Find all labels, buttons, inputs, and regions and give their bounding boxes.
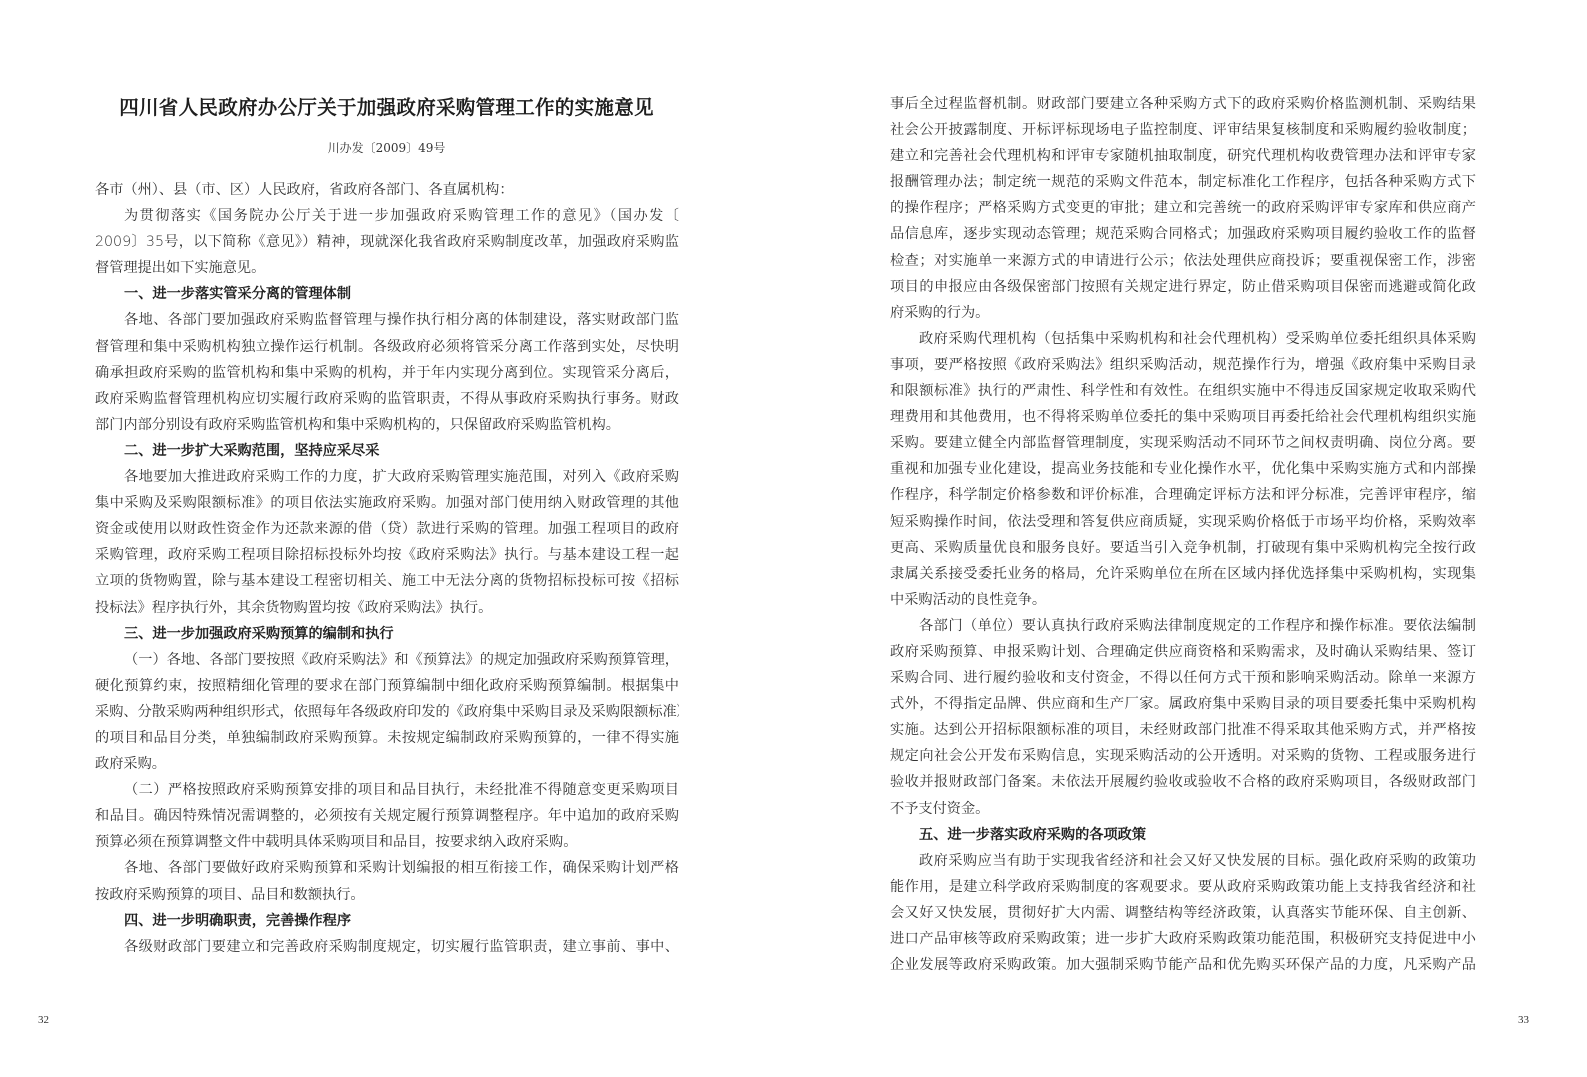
text-line: 企业发展等政府采购政策。加大强制采购节能产品和优先购买环保产品的力度，凡采购产品 bbox=[890, 952, 1476, 978]
text-line: 品信息库，逐步实现动态管理；规范采购合同格式；加强政府采购项目履约验收工作的监督 bbox=[890, 221, 1476, 247]
right-page: 事后全过程监督机制。财政部门要建立各种采购方式下的政府采购价格监测机制、采购结果… bbox=[793, 0, 1587, 1077]
text-line: 和限额标准》执行的严肃性、科学性和有效性。在组织实施中不得违反国家规定收取采购代 bbox=[890, 378, 1476, 404]
section-heading: 四、进一步明确职责，完善操作程序 bbox=[95, 908, 679, 934]
text-line: 各级财政部门要建立和完善政府采购制度规定，切实履行监管职责，建立事前、事中、 bbox=[95, 934, 679, 960]
text-line: 建立和完善社会代理机构和评审专家随机抽取制度，研究代理机构收费管理办法和评审专家 bbox=[890, 143, 1476, 169]
text-line: 2009〕35号，以下简称《意见》）精神，现就深化我省政府采购制度改革，加强政府… bbox=[95, 229, 679, 255]
text-line: 督管理和集中采购机构独立操作运行机制。各级政府必须将管采分离工作落到实处，尽快明 bbox=[95, 334, 679, 360]
text-line: （一）各地、各部门要按照《政府采购法》和《预算法》的规定加强政府采购预算管理， bbox=[95, 647, 679, 673]
text-line: 作程序，科学制定价格参数和评价标准，合理确定评标方法和评分标准，完善评审程序，缩 bbox=[890, 482, 1476, 508]
document-number: 川办发〔2009〕49号 bbox=[95, 139, 678, 156]
text-line: 督管理提出如下实施意见。 bbox=[95, 255, 679, 281]
text-line: 事后全过程监督机制。财政部门要建立各种采购方式下的政府采购价格监测机制、采购结果 bbox=[890, 91, 1476, 117]
text-line: 验收并报财政部门备案。未依法开展履约验收或验收不合格的政府采购项目，各级财政部门 bbox=[890, 769, 1476, 795]
text-line: 政府采购监督管理机构应切实履行政府采购的监管职责，不得从事政府采购执行事务。财政 bbox=[95, 386, 679, 412]
text-line: 更高、采购质量优良和服务良好。要适当引入竞争机制，打破现有集中采购机构完全按行政 bbox=[890, 535, 1476, 561]
text-line: 政府采购。 bbox=[95, 751, 679, 777]
text-line: 中采购活动的良性竞争。 bbox=[890, 587, 1476, 613]
text-line: 进口产品审核等政府采购政策；进一步扩大政府采购政策功能范围，积极研究支持促进中小 bbox=[890, 926, 1476, 952]
text-line: 采购、分散采购两种组织形式，依照每年各级政府印发的《政府集中采购目录及采购限额标… bbox=[95, 699, 679, 725]
section-heading: 三、进一步加强政府采购预算的编制和执行 bbox=[95, 621, 679, 647]
text-line: 隶属关系接受委托业务的格局，允许采购单位在所在区域内择优选择集中采购机构，实现集 bbox=[890, 561, 1476, 587]
text-line: 资金或使用以财政性资金作为还款来源的借（贷）款进行采购的管理。加强工程项目的政府 bbox=[95, 516, 679, 542]
left-page: 四川省人民政府办公厅关于加强政府采购管理工作的实施意见 川办发〔2009〕49号… bbox=[0, 0, 793, 1077]
section-heading: 二、进一步扩大采购范围，坚持应采尽采 bbox=[95, 438, 679, 464]
text-line: 理费用和其他费用，也不得将采购单位委托的集中采购项目再委托给社会代理机构组织实施 bbox=[890, 404, 1476, 430]
text-line: 和品目。确因特殊情况需调整的，必须按有关规定履行预算调整程序。年中追加的政府采购 bbox=[95, 803, 679, 829]
text-line: 立项的货物购置，除与基本建设工程密切相关、施工中无法分离的货物招标投标可按《招标 bbox=[95, 568, 679, 594]
text-line: 事项，要严格按照《政府采购法》组织采购活动，规范操作行为，增强《政府集中采购目录 bbox=[890, 352, 1476, 378]
text-line: 政府采购应当有助于实现我省经济和社会又好又快发展的目标。强化政府采购的政策功 bbox=[890, 848, 1476, 874]
section-heading: 五、进一步落实政府采购的各项政策 bbox=[890, 822, 1476, 848]
text-line: 重视和加强专业化建设，提高业务技能和专业化操作水平，优化集中采购实施方式和内部操 bbox=[890, 456, 1476, 482]
text-line: 各部门（单位）要认真执行政府采购法律制度规定的工作程序和操作标准。要依法编制 bbox=[890, 613, 1476, 639]
text-line: 式外，不得指定品牌、供应商和生产厂家。属政府集中采购目录的项目要委托集中采购机构 bbox=[890, 691, 1476, 717]
text-line: 各地要加大推进政府采购工作的力度，扩大政府采购管理实施范围，对列入《政府采购 bbox=[95, 464, 679, 490]
text-line: 不予支付资金。 bbox=[890, 796, 1476, 822]
text-line: 集中采购及采购限额标准》的项目依法实施政府采购。加强对部门使用纳入财政管理的其他 bbox=[95, 490, 679, 516]
text-line: 预算必须在预算调整文件中载明具体采购项目和品目，按要求纳入政府采购。 bbox=[95, 829, 679, 855]
document-title: 四川省人民政府办公厅关于加强政府采购管理工作的实施意见 bbox=[95, 92, 678, 120]
text-line: 各市（州）、县（市、区）人民政府，省政府各部门、各直属机构： bbox=[95, 177, 679, 203]
text-line: 各地、各部门要做好政府采购预算和采购计划编报的相互衔接工作，确保采购计划严格 bbox=[95, 855, 679, 881]
text-line: 能作用，是建立科学政府采购制度的客观要求。要从政府采购政策功能上支持我省经济和社 bbox=[890, 874, 1476, 900]
text-line: 采购。要建立健全内部监督管理制度，实现采购活动不同环节之间权责明确、岗位分离。要 bbox=[890, 430, 1476, 456]
text-line: 会又好又快发展，贯彻好扩大内需、调整结构等经济政策，认真落实节能环保、自主创新、 bbox=[890, 900, 1476, 926]
page-number-left: 32 bbox=[38, 1014, 49, 1026]
text-line: 硬化预算约束，按照精细化管理的要求在部门预算编制中细化政府采购预算编制。根据集中 bbox=[95, 673, 679, 699]
text-line: 采购管理，政府采购工程项目除招标投标外均按《政府采购法》执行。与基本建设工程一起 bbox=[95, 542, 679, 568]
text-line: 采购合同、进行履约验收和支付资金，不得以任何方式干预和影响采购活动。除单一来源方 bbox=[890, 665, 1476, 691]
page-number-right: 33 bbox=[1518, 1014, 1529, 1026]
text-line: 政府采购预算、申报采购计划、合理确定供应商资格和采购需求，及时确认采购结果、签订 bbox=[890, 639, 1476, 665]
text-line: 检查；对实施单一来源方式的申请进行公示；依法处理供应商投诉；要重视保密工作，涉密 bbox=[890, 248, 1476, 274]
text-line: （二）严格按照政府采购预算安排的项目和品目执行，未经批准不得随意变更采购项目 bbox=[95, 777, 679, 803]
text-line: 实施。达到公开招标限额标准的项目，未经财政部门批准不得采取其他采购方式，并严格按 bbox=[890, 717, 1476, 743]
text-line: 各地、各部门要加强政府采购监督管理与操作执行相分离的体制建设，落实财政部门监 bbox=[95, 307, 679, 333]
text-line: 政府采购代理机构（包括集中采购机构和社会代理机构）受采购单位委托组织具体采购 bbox=[890, 326, 1476, 352]
text-line: 确承担政府采购的监管机构和集中采购的机构，并于年内实现分离到位。实现管采分离后， bbox=[95, 360, 679, 386]
text-line: 按政府采购预算的项目、品目和数额执行。 bbox=[95, 882, 679, 908]
left-page-body: 各市（州）、县（市、区）人民政府，省政府各部门、各直属机构：为贯彻落实《国务院办… bbox=[95, 177, 679, 960]
text-line: 部门内部分别设有政府采购监管机构和集中采购机构的，只保留政府采购监管机构。 bbox=[95, 412, 679, 438]
text-line: 项目的申报应由各级保密部门按照有关规定进行界定，防止借采购项目保密而逃避或简化政 bbox=[890, 274, 1476, 300]
text-line: 投标法》程序执行外，其余货物购置均按《政府采购法》执行。 bbox=[95, 595, 679, 621]
right-page-body: 事后全过程监督机制。财政部门要建立各种采购方式下的政府采购价格监测机制、采购结果… bbox=[890, 91, 1476, 978]
text-line: 规定向社会公开发布采购信息，实现采购活动的公开透明。对采购的货物、工程或服务进行 bbox=[890, 743, 1476, 769]
text-line: 为贯彻落实《国务院办公厅关于进一步加强政府采购管理工作的意见》（国办发〔 bbox=[95, 203, 679, 229]
text-line: 的项目和品目分类，单独编制政府采购预算。未按规定编制政府采购预算的，一律不得实施 bbox=[95, 725, 679, 751]
text-line: 府采购的行为。 bbox=[890, 300, 1476, 326]
text-line: 报酬管理办法；制定统一规范的采购文件范本，制定标准化工作程序，包括各种采购方式下 bbox=[890, 169, 1476, 195]
text-line: 社会公开披露制度、开标评标现场电子监控制度、评审结果复核制度和采购履约验收制度； bbox=[890, 117, 1476, 143]
section-heading: 一、进一步落实管采分离的管理体制 bbox=[95, 281, 679, 307]
text-line: 短采购操作时间，依法受理和答复供应商质疑，实现采购价格低于市场平均价格，采购效率 bbox=[890, 509, 1476, 535]
text-line: 的操作程序；严格采购方式变更的审批；建立和完善统一的政府采购评审专家库和供应商产 bbox=[890, 195, 1476, 221]
